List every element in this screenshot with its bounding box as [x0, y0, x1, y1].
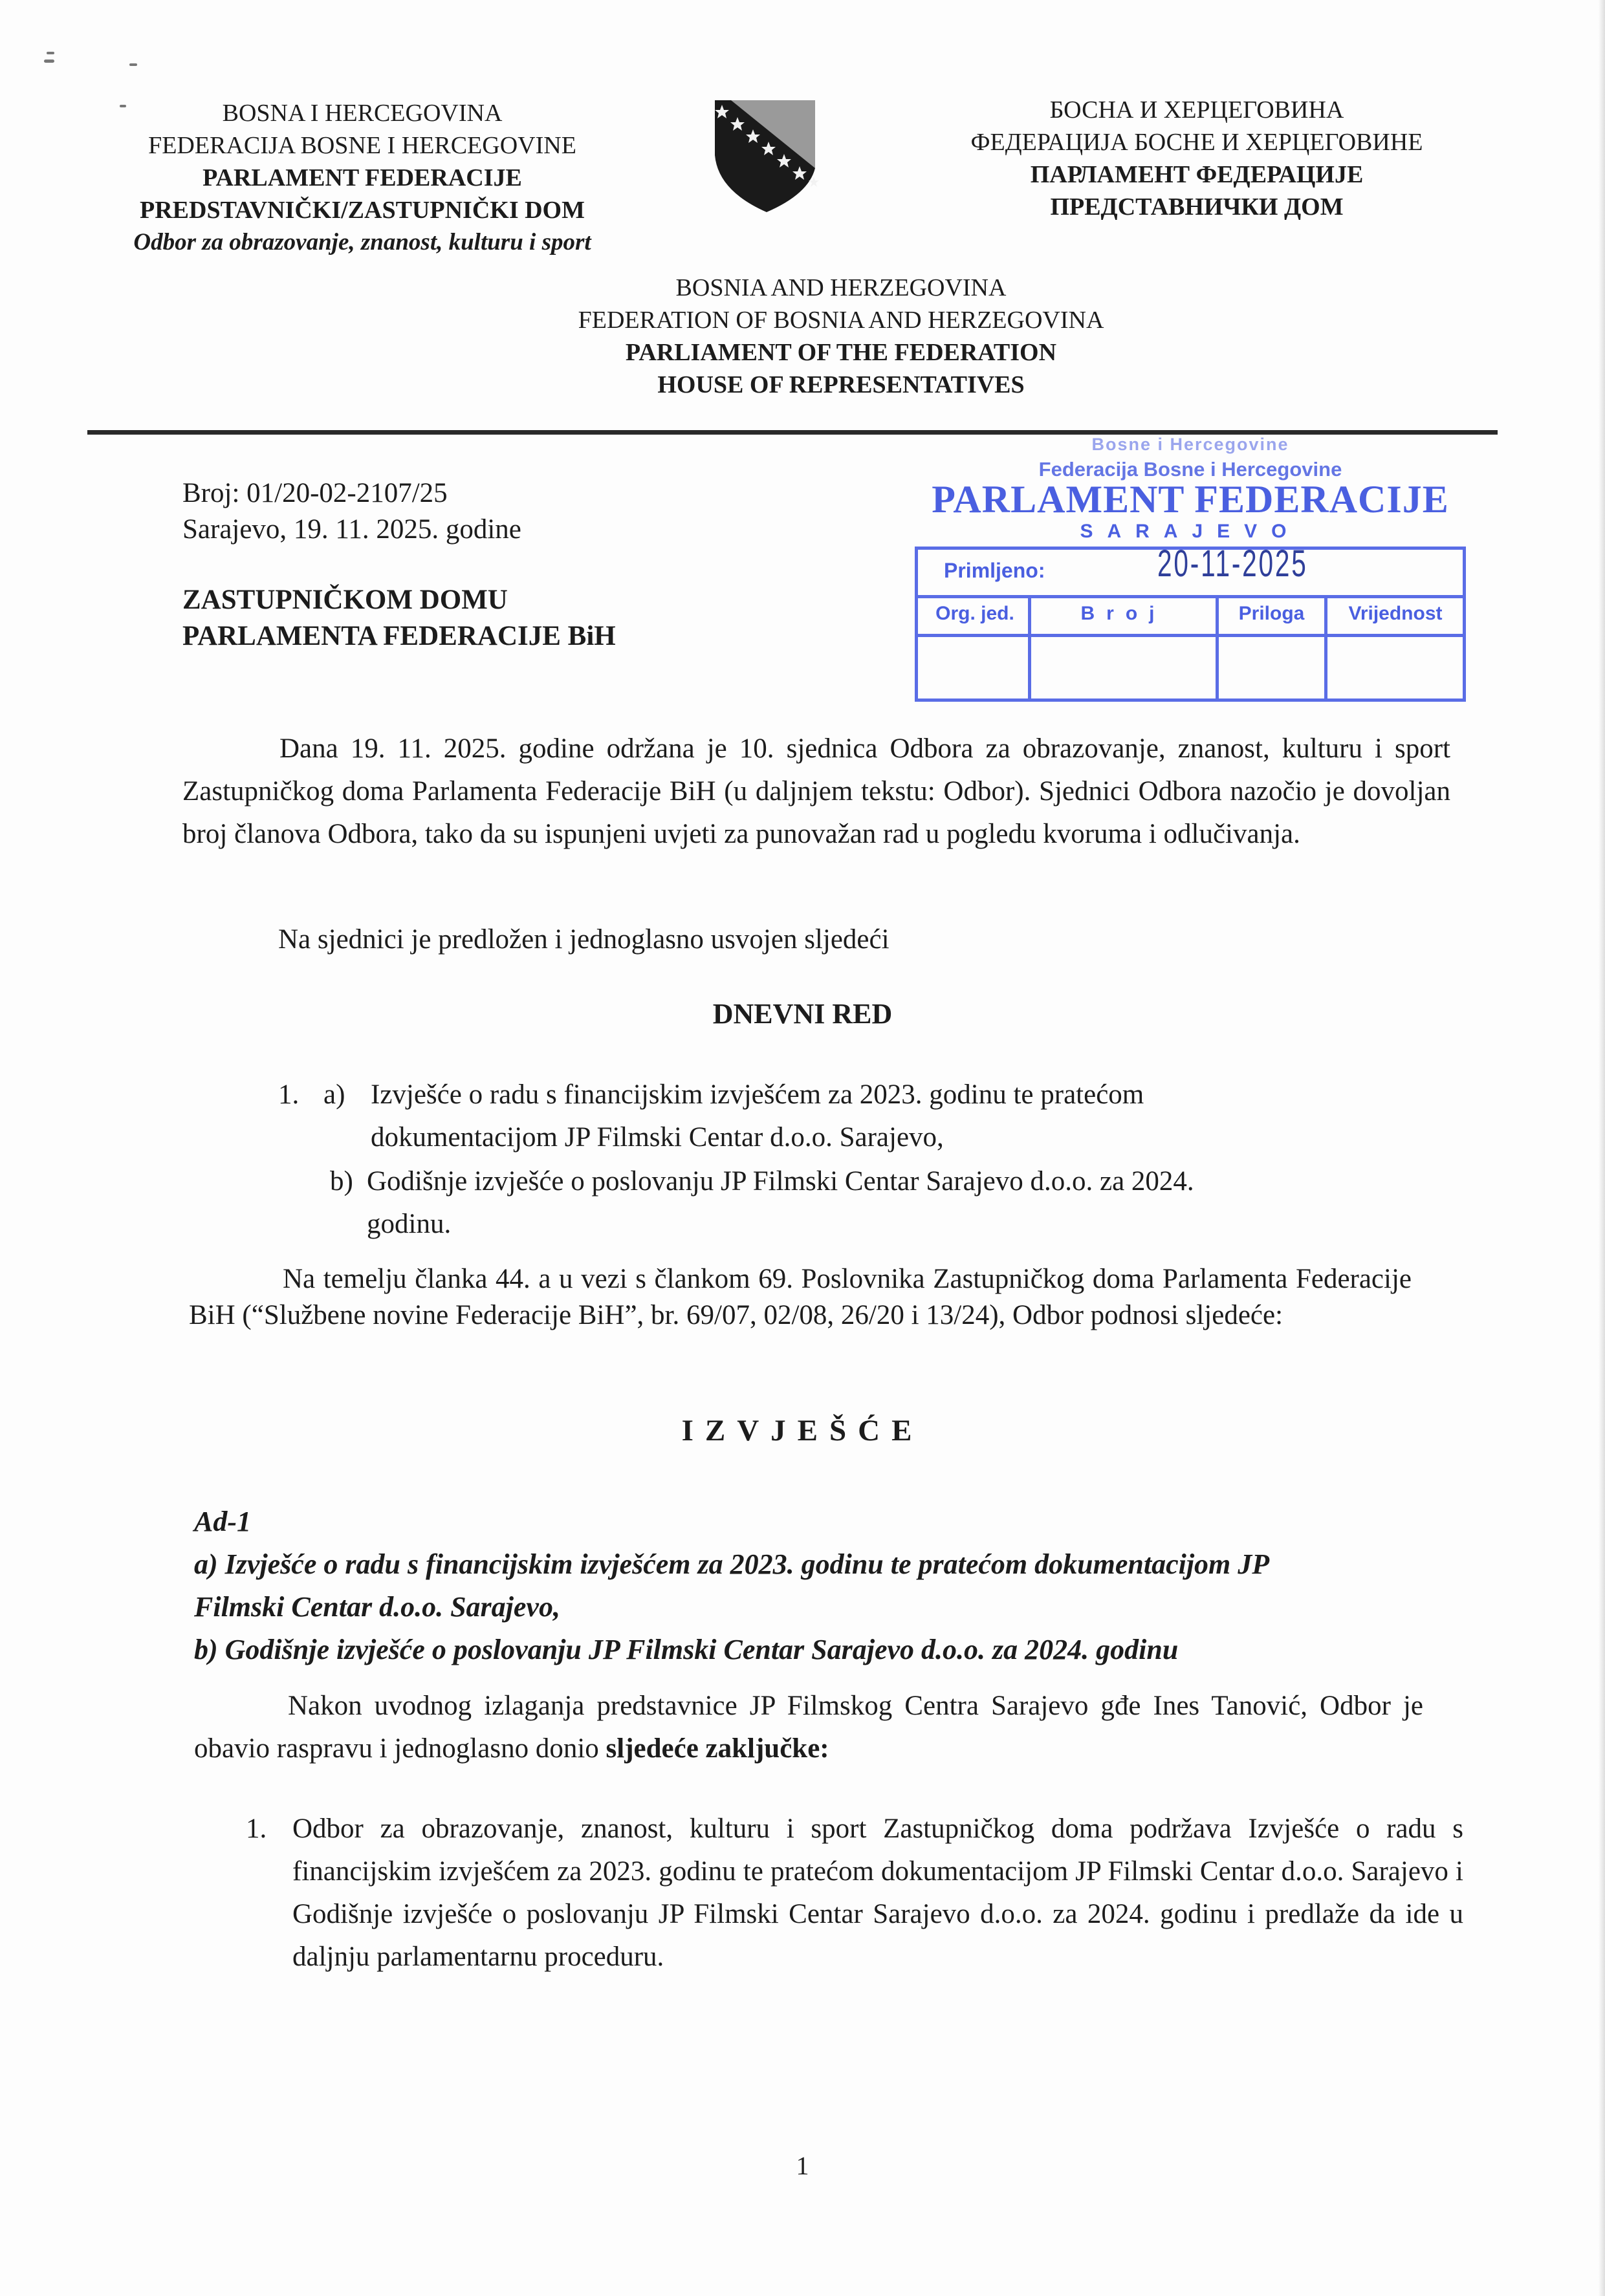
committee-name: Odbor za obrazovanje, znanost, kulturu i…	[97, 226, 628, 259]
stamp-city: SARAJEVO	[912, 521, 1469, 543]
ad-line: a) Izvješće o radu s financijskim izvješ…	[194, 1543, 1269, 1586]
agenda-item-line: Izvješće o radu s financijskim izvješćem…	[371, 1074, 1144, 1116]
received-stamp: Bosne i Hercegovine Federacija Bosne i H…	[912, 433, 1469, 705]
addressee-line: PARLAMENTA FEDERACIJE BiH	[182, 618, 616, 655]
bih-coat-of-arms-icon	[712, 97, 822, 213]
stamp-table: Primljeno: 20-11-2025 Org. jed. Broj Pri…	[915, 547, 1466, 702]
addressee-line: ZASTUPNIČKOM DOMU	[182, 582, 616, 618]
header-right-line: БОСНА И ХЕРЦЕГОВИНА	[899, 94, 1494, 126]
header-english-line: FEDERATION OF BOSNIA AND HERZEGOVINA	[414, 304, 1268, 336]
agenda-number: 1.	[278, 1074, 299, 1116]
header-right-line: ПАРЛАМЕНТ ФЕДЕРАЦИЈЕ	[899, 158, 1494, 191]
header-right-line: ПРЕДСТАВНИЧКИ ДОМ	[899, 191, 1494, 223]
ad-section: Ad-1 a) Izvješće o radu s financijskim i…	[194, 1500, 1269, 1671]
stamp-received-date: 20-11-2025	[1157, 542, 1308, 585]
stamp-title: PARLAMENT FEDERACIJE	[912, 477, 1469, 522]
conclusion-text: Odbor za obrazovanje, znanost, kulturu i…	[292, 1808, 1463, 1978]
stamp-received-row: Primljeno: 20-11-2025	[918, 550, 1463, 598]
header-right: БОСНА И ХЕРЦЕГОВИНА ФЕДЕРАЦИЈА БОСНЕ И Х…	[899, 94, 1494, 223]
header-left: BOSNA I HERCEGOVINA FEDERACIJA BOSNE I H…	[97, 97, 628, 259]
agenda-item-marker: a)	[323, 1074, 345, 1116]
ad-line: Filmski Centar d.o.o. Sarajevo,	[194, 1586, 1269, 1629]
conclusion-number: 1.	[246, 1808, 267, 1850]
agenda-intro: Na sjednici je predložen i jednoglasno u…	[278, 918, 1443, 961]
reference-number: Broj: 01/20-02-2107/25	[182, 475, 521, 512]
legal-basis-paragraph: Na temelju članka 44. a u vezi s člankom…	[189, 1261, 1412, 1334]
discussion-paragraph: Nakon uvodnog izlaganja predstavnice JP …	[194, 1685, 1423, 1770]
ad-label: Ad-1	[194, 1500, 1269, 1543]
scan-artifacts	[39, 45, 168, 97]
addressee: ZASTUPNIČKOM DOMU PARLAMENTA FEDERACIJE …	[182, 582, 616, 655]
ad-line: b) Godišnje izvješće o poslovanju JP Fil…	[194, 1629, 1269, 1671]
intro-paragraph: Dana 19. 11. 2025. godine održana je 10.…	[182, 728, 1450, 856]
stamp-column-header: Broj	[1031, 603, 1216, 625]
scan-edge	[1599, 0, 1605, 2296]
stamp-column-header: Org. jed.	[923, 603, 1027, 625]
stamp-column-header: Vrijednost	[1327, 603, 1463, 625]
stamp-received-label: Primljeno:	[944, 559, 1045, 583]
header-english-line: BOSNIA AND HERZEGOVINA	[414, 272, 1268, 304]
agenda-item-marker: b)	[330, 1160, 353, 1203]
page-number: 1	[0, 2150, 1605, 2181]
header-left-line: PARLAMENT FEDERACIJE	[97, 162, 628, 194]
discussion-bold: sljedeće zaključke:	[606, 1733, 829, 1764]
agenda-item-line: godinu.	[367, 1203, 451, 1246]
stamp-column-header: Priloga	[1219, 603, 1324, 625]
header-left-line: FEDERACIJA BOSNE I HERCEGOVINE	[97, 129, 628, 162]
header-english: BOSNIA AND HERZEGOVINA FEDERATION OF BOS…	[414, 272, 1268, 401]
agenda-item-line: Godišnje izvješće o poslovanju JP Filmsk…	[367, 1160, 1194, 1203]
agenda-item-line: dokumentacijom JP Filmski Centar d.o.o. …	[371, 1116, 944, 1159]
agenda-title: DNEVNI RED	[0, 997, 1605, 1030]
header-left-line: BOSNA I HERCEGOVINA	[97, 97, 628, 129]
place-date: Sarajevo, 19. 11. 2025. godine	[182, 512, 521, 548]
header-left-line: PREDSTAVNIČKI/ZASTUPNIČKI DOM	[97, 194, 628, 226]
header-right-line: ФЕДЕРАЦИЈА БОСНЕ И ХЕРЦЕГОВИНЕ	[899, 126, 1494, 158]
report-title: IZVJEŠĆE	[0, 1413, 1605, 1448]
header-english-line: PARLIAMENT OF THE FEDERATION	[414, 336, 1268, 369]
stamp-line: Bosne i Hercegovine	[912, 435, 1469, 455]
reference-block: Broj: 01/20-02-2107/25 Sarajevo, 19. 11.…	[182, 475, 521, 548]
header-english-line: HOUSE OF REPRESENTATIVES	[414, 369, 1268, 401]
